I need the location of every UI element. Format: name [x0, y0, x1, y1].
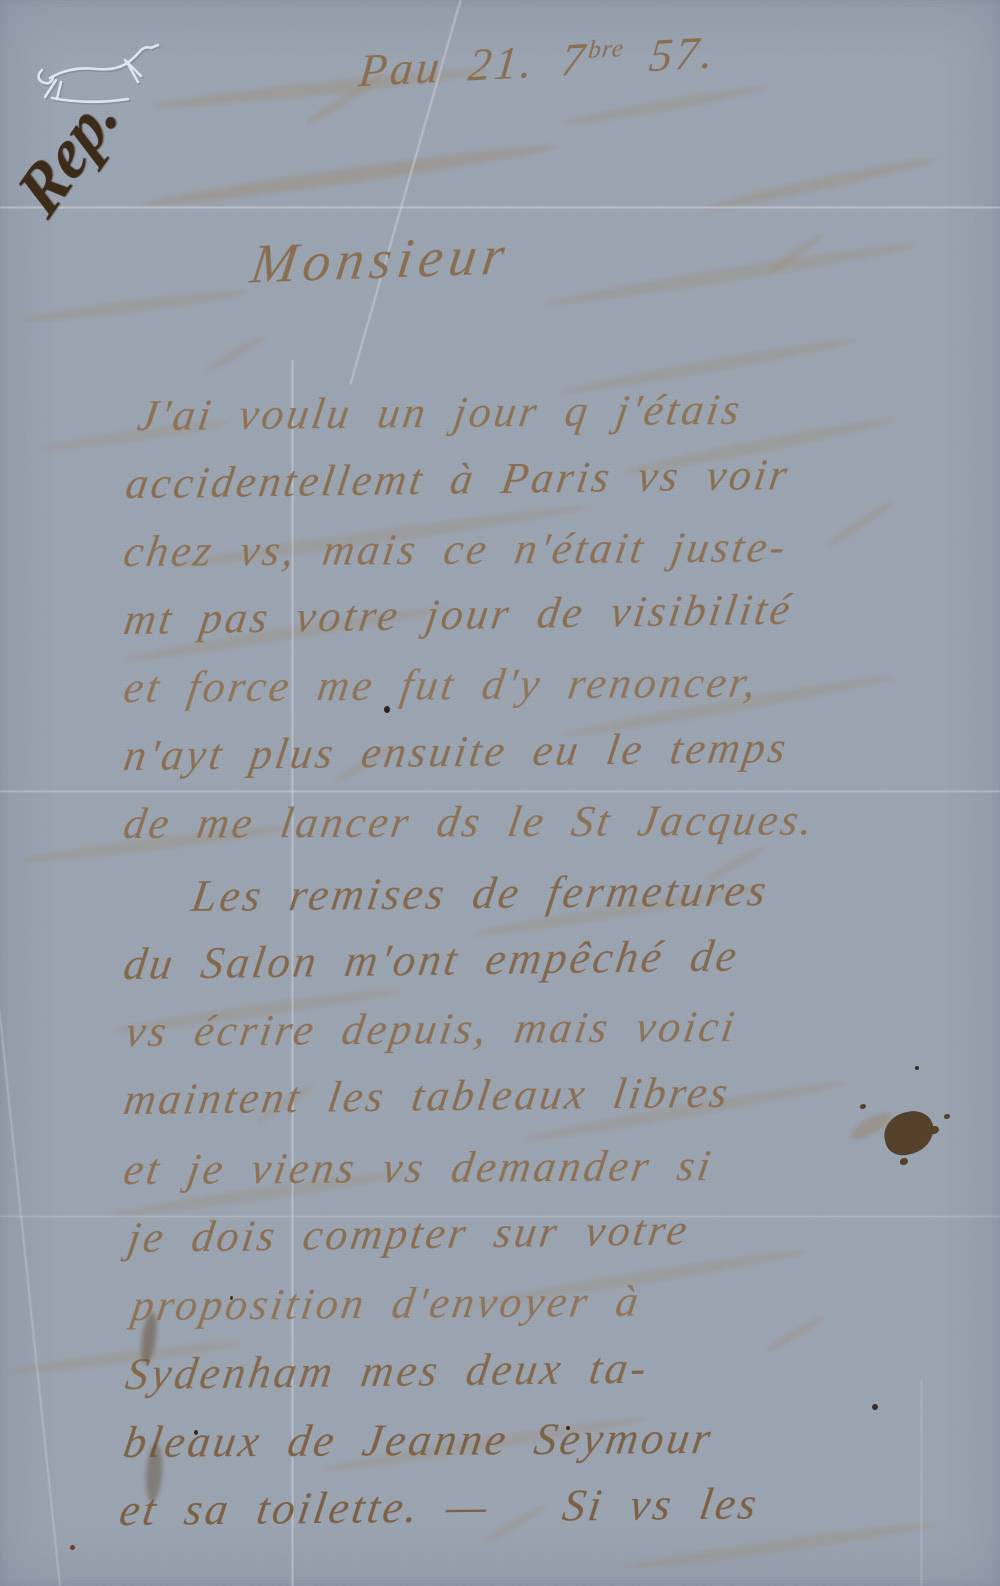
letter-photo: Rep. Pau 21. 7bre 57. Monsieur J'ai voul…	[0, 0, 1000, 1586]
handwriting-line: accidentellemt à Paris vs voir	[123, 449, 794, 509]
handwriting-line: mt pas votre jour de visibilité	[121, 584, 797, 646]
fold-crease-horizontal-middle	[0, 790, 1000, 793]
ink-speck	[70, 1545, 75, 1550]
handwriting-line: de me lancer ds le St Jacques.	[120, 794, 819, 849]
handwriting-line: je dois compter sur votre	[125, 1204, 694, 1263]
handwriting-line: proposition d'envoyer à	[128, 1276, 645, 1332]
handwriting-line: J'ai voulu un jour q j'étais	[134, 384, 746, 441]
ink-speck	[230, 1296, 233, 1300]
handwriting-line: et sa toilette. — Si vs les	[116, 1477, 763, 1536]
ink-speck	[384, 706, 390, 713]
handwriting-line: bleaux de Jeanne Seymour	[120, 1412, 717, 1468]
handwriting-line: et je viens vs demander si	[120, 1140, 717, 1195]
date-suffix: 57.	[621, 26, 719, 82]
ink-speck	[915, 1066, 919, 1070]
handwriting-line: chez vs, mais ce n'était juste-	[120, 521, 791, 577]
fold-crease-vertical-corner	[920, 1380, 923, 1586]
handwriting-line: n'ayt plus ensuite eu le temps	[121, 722, 792, 781]
ink-speck	[566, 1426, 570, 1430]
fold-crease-horizontal-top	[0, 206, 1000, 209]
handwriting-line: du Salon m'ont empêché de	[120, 929, 742, 990]
handwriting-line: Les remises de fermetures	[188, 864, 772, 922]
ink-speck	[872, 1404, 878, 1410]
handwriting-line: maintent les tableaux libres	[121, 1067, 734, 1125]
ink-speck	[194, 1430, 198, 1435]
handwriting-line: Sydenham mes deux ta-	[122, 1342, 652, 1400]
handwriting-line: et force me fut d'y renoncer,	[120, 656, 762, 713]
date-superscript: bre	[587, 34, 626, 64]
salutation: Monsieur	[247, 223, 515, 295]
handwriting-line: vs écrire depuis, mais voici	[122, 1001, 740, 1057]
date-prefix: Pau 21. 7	[356, 33, 590, 96]
